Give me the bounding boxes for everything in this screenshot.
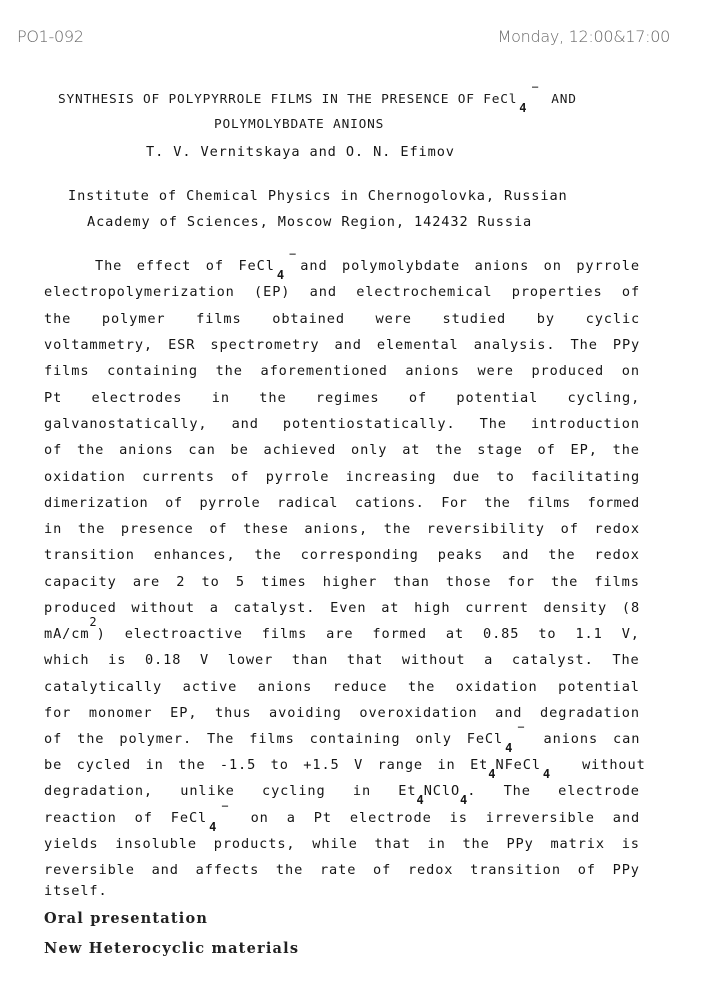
affiliation-line2: Academy of Sciences, Moscow Region, 1424… bbox=[87, 214, 532, 230]
text: be cycled in the -1.5 to +1.5 V range in… bbox=[44, 757, 488, 773]
subscript: 4 bbox=[505, 741, 512, 755]
paper-title-line2: POLYMOLYBDATE ANIONS bbox=[214, 117, 384, 132]
abstract-line: degradation, unlike cycling in Et4NClO4.… bbox=[44, 783, 640, 799]
abstract-line: of the polymer. The films containing onl… bbox=[44, 731, 640, 747]
text: without bbox=[582, 757, 646, 773]
subscript: 4 bbox=[543, 767, 550, 781]
session-time: Monday, 12:00&17:00 bbox=[498, 27, 670, 46]
abstract-line: catalytically active anions reduce the o… bbox=[44, 679, 640, 695]
paper-title: SYNTHESIS OF POLYPYRROLE FILMS IN THE PR… bbox=[58, 92, 577, 107]
authors: T. V. Vernitskaya and O. N. Efimov bbox=[146, 144, 455, 160]
superscript: − bbox=[517, 720, 524, 734]
subscript: 4 bbox=[209, 820, 216, 834]
subscript: 4 bbox=[277, 268, 284, 282]
abstract-line: voltammetry, ESR spectrometry and elemen… bbox=[44, 337, 640, 353]
subscript: 4 bbox=[416, 793, 423, 807]
abstract-line: produced without a catalyst. Even at hig… bbox=[44, 600, 640, 616]
abstract-line: Pt electrodes in the regimes of potentia… bbox=[44, 390, 640, 406]
abstract-line: films containing the aforementioned anio… bbox=[44, 363, 640, 379]
text: NClO bbox=[424, 783, 460, 799]
title-text: SYNTHESIS OF POLYPYRROLE FILMS IN THE PR… bbox=[58, 92, 517, 107]
text: degradation, unlike cycling in Et bbox=[44, 783, 416, 799]
affiliation-line1: Institute of Chemical Physics in Chernog… bbox=[68, 188, 568, 204]
text: of the polymer. The films containing onl… bbox=[44, 731, 503, 747]
text: . The electrode bbox=[467, 783, 640, 799]
text: NFeCl bbox=[496, 757, 541, 773]
text: reaction of FeCl bbox=[44, 810, 207, 826]
abstract-line: for monomer EP, thus avoiding overoxidat… bbox=[44, 705, 640, 721]
abstract-line: reversible and affects the rate of redox… bbox=[44, 862, 640, 878]
superscript: 2 bbox=[89, 615, 96, 629]
superscript: − bbox=[289, 247, 296, 261]
text: on a Pt electrode is irreversible and bbox=[251, 810, 640, 826]
superscript: − bbox=[531, 80, 538, 94]
abstract-line: reaction of FeCl4− on a Pt electrode is … bbox=[44, 810, 640, 826]
superscript: − bbox=[221, 799, 228, 813]
abstract-line: which is 0.18 V lower than that without … bbox=[44, 652, 640, 668]
text: and polymolybdate anions on pyrrole bbox=[300, 258, 640, 274]
subscript: 4 bbox=[519, 101, 526, 115]
subscript: 4 bbox=[460, 793, 467, 807]
abstract-line: in the presence of these anions, the rev… bbox=[44, 521, 640, 537]
title-text: AND bbox=[551, 92, 577, 107]
subscript: 4 bbox=[488, 767, 495, 781]
text: mA/cm bbox=[44, 626, 89, 642]
presentation-type: Oral presentation bbox=[44, 910, 208, 927]
abstract-line: capacity are 2 to 5 times higher than th… bbox=[44, 574, 640, 590]
abstract-line: be cycled in the -1.5 to +1.5 V range in… bbox=[44, 757, 646, 773]
abstract-line: galvanostatically, and potentiostaticall… bbox=[44, 416, 640, 432]
session-code: PO1-092 bbox=[17, 27, 84, 46]
topic-category: New Heterocyclic materials bbox=[44, 940, 299, 957]
text: anions can bbox=[544, 731, 641, 747]
text: The effect of FeCl bbox=[95, 258, 275, 274]
abstract-line: dimerization of pyrrole radical cations.… bbox=[44, 495, 640, 511]
abstract-line: yields insoluble products, while that in… bbox=[44, 836, 640, 852]
abstract-line: oxidation currents of pyrrole increasing… bbox=[44, 469, 640, 485]
abstract-line: electropolymerization (EP) and electroch… bbox=[44, 284, 640, 300]
abstract-line: itself. bbox=[44, 883, 108, 899]
abstract-line: the polymer films obtained were studied … bbox=[44, 311, 640, 327]
abstract-line: mA/cm2) electroactive films are formed a… bbox=[44, 626, 640, 642]
abstract-line: of the anions can be achieved only at th… bbox=[44, 442, 640, 458]
abstract-line: transition enhances, the corresponding p… bbox=[44, 547, 640, 563]
text: ) electroactive films are formed at 0.85… bbox=[97, 626, 640, 642]
abstract-line: The effect of FeCl4−and polymolybdate an… bbox=[95, 258, 640, 274]
